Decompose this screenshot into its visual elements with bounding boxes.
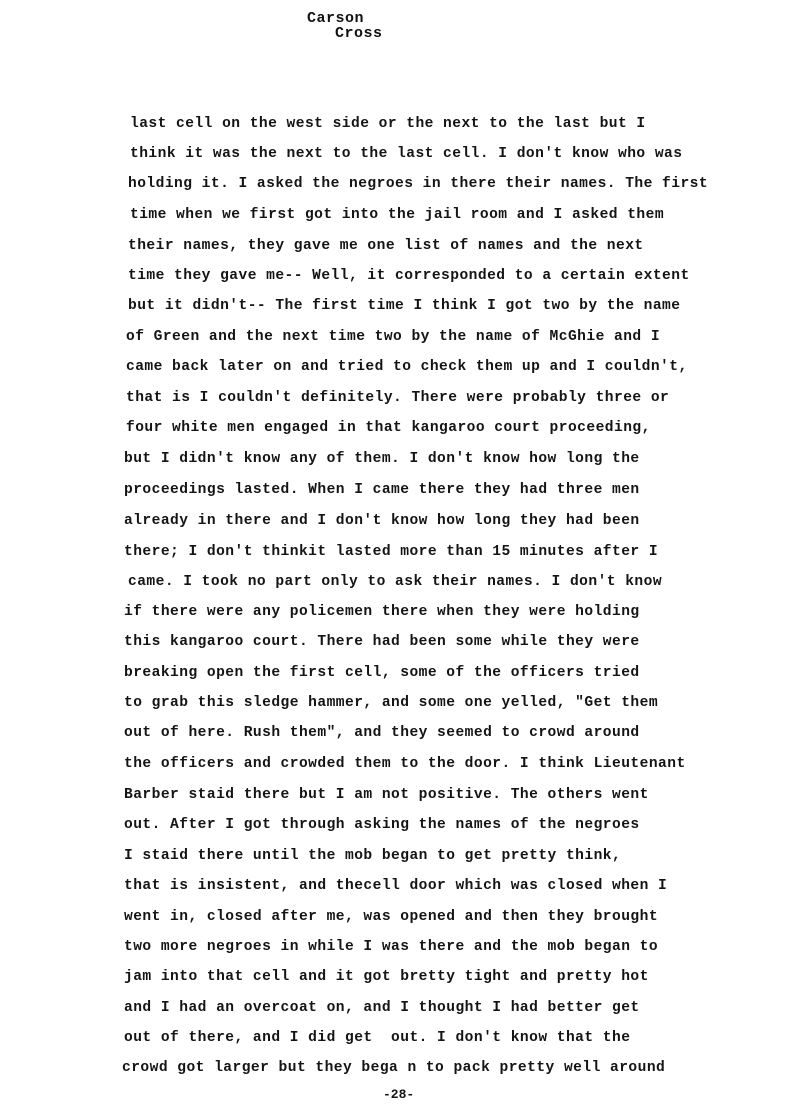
text-line: and I had an overcoat on, and I thought … (124, 999, 640, 1017)
text-line: Barber staid there but I am not positive… (124, 786, 649, 804)
text-line: but I didn't know any of them. I don't k… (124, 450, 640, 468)
text-line: this kangaroo court. There had been some… (124, 633, 640, 651)
text-line: there; I don't thinkit lasted more than … (124, 543, 658, 561)
page-number: -28- (383, 1087, 414, 1102)
text-line: holding it. I asked the negroes in there… (128, 175, 708, 193)
header-name-line-2: Cross (335, 25, 383, 42)
text-line: jam into that cell and it got bretty tig… (124, 968, 649, 986)
document-page: Carson Cross last cell on the west side … (0, 0, 800, 1110)
text-line: proceedings lasted. When I came there th… (124, 481, 640, 499)
text-line: I staid there until the mob began to get… (124, 847, 621, 865)
text-line: to grab this sledge hammer, and some one… (124, 694, 658, 712)
text-line: out of here. Rush them", and they seemed… (124, 724, 640, 742)
text-line: breaking open the first cell, some of th… (124, 664, 640, 682)
text-line: already in there and I don't know how lo… (124, 512, 640, 530)
text-line: went in, closed after me, was opened and… (124, 908, 658, 926)
text-line: came. I took no part only to ask their n… (128, 573, 662, 591)
text-line: think it was the next to the last cell. … (130, 145, 682, 163)
text-line: out. After I got through asking the name… (124, 816, 640, 834)
text-line: of Green and the next time two by the na… (126, 328, 660, 346)
text-line: four white men engaged in that kangaroo … (126, 419, 651, 437)
text-line: time they gave me-- Well, it corresponde… (128, 267, 690, 285)
text-line: time when we first got into the jail roo… (130, 206, 664, 224)
text-line: the officers and crowded them to the doo… (124, 755, 686, 773)
text-line: crowd got larger but they bega n to pack… (122, 1059, 665, 1077)
text-line: two more negroes in while I was there an… (124, 938, 658, 956)
text-line: came back later on and tried to check th… (126, 358, 688, 376)
text-line: but it didn't-- The first time I think I… (128, 297, 680, 315)
text-line: that is insistent, and thecell door whic… (124, 877, 667, 895)
text-line: last cell on the west side or the next t… (130, 115, 646, 133)
text-line: their names, they gave me one list of na… (128, 237, 644, 255)
text-line: out of there, and I did get out. I don't… (124, 1029, 630, 1047)
text-line: if there were any policemen there when t… (124, 603, 640, 621)
text-line: that is I couldn't definitely. There wer… (126, 389, 669, 407)
